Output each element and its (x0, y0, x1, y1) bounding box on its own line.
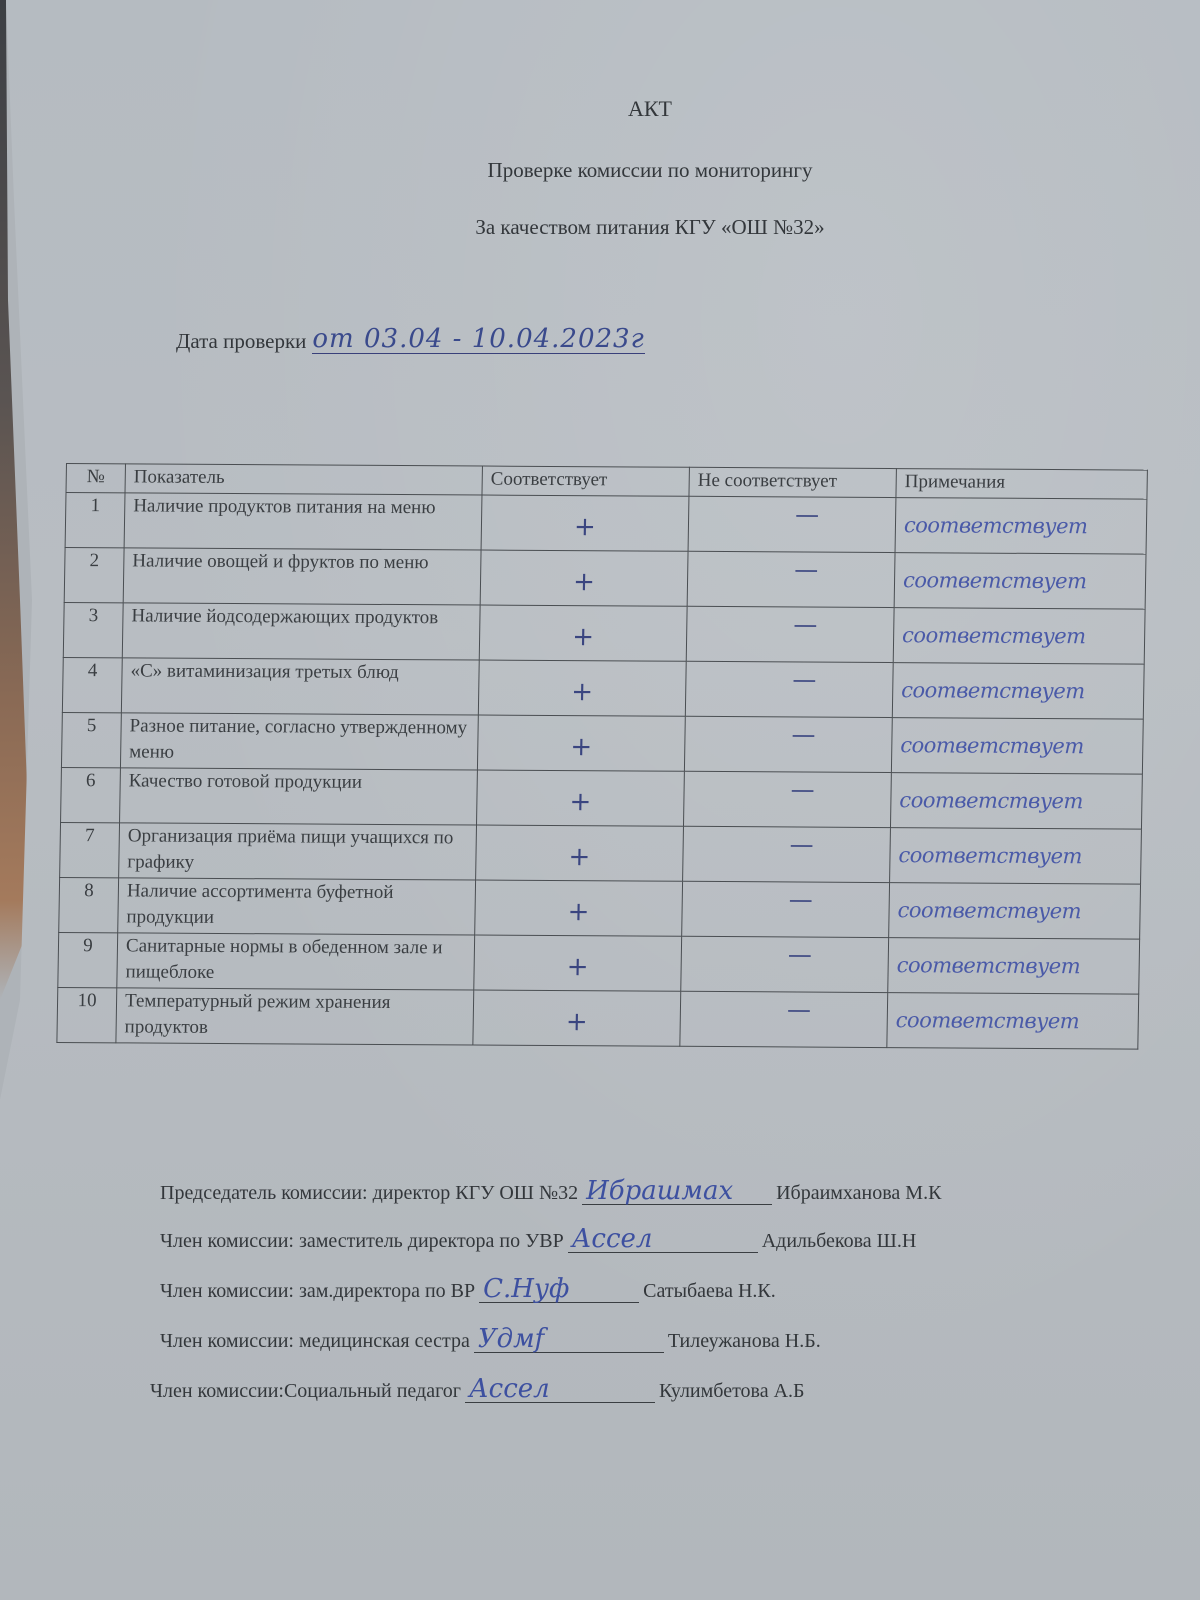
handwritten-signature: Ассел (469, 1374, 550, 1404)
date-label: Дата проверки (176, 329, 306, 354)
row-complies-cell: + (476, 825, 684, 881)
document-title: АКТ (0, 96, 1200, 122)
signature-row: Член комиссии: зам.директора по ВРС.НуфС… (160, 1276, 776, 1303)
row-complies-cell: + (479, 605, 687, 661)
signatory-name: Ибраимханова М.К (776, 1182, 941, 1205)
document-subtitle-2: За качеством питания КГУ «ОШ №32» (0, 215, 1200, 240)
row-number: 4 (62, 657, 122, 712)
row-note-cell: соответствует (895, 498, 1147, 555)
header-notes: Примечания (896, 469, 1147, 500)
row-number: 3 (63, 603, 123, 658)
signature-row: Член комиссии:Социальный педагогАсселКул… (150, 1376, 805, 1403)
row-number: 2 (64, 548, 124, 603)
plus-mark: + (485, 789, 675, 816)
row-indicator: Наличие продуктов питания на меню (124, 493, 482, 550)
signatory-role: Член комиссии: заместитель директора по … (160, 1230, 564, 1253)
row-number: 7 (60, 822, 120, 877)
header-complies: Соответствует (482, 466, 689, 496)
row-complies-cell: + (473, 990, 681, 1046)
table-row: 2 Наличие овощей и фруктов по меню + — с… (64, 548, 1146, 610)
row-complies-cell: + (478, 660, 686, 716)
row-note-cell: соответствует (894, 553, 1146, 610)
handwritten-note: соответствует (896, 952, 1130, 979)
handwritten-signature: Ассел (572, 1224, 653, 1254)
header-not-complies: Не соответствует (689, 467, 896, 497)
table-row: 6 Качество готовой продукции + — соответ… (61, 767, 1143, 829)
handwritten-note: соответствует (903, 567, 1137, 594)
row-number: 5 (61, 712, 121, 767)
row-not-complies-cell: — (686, 606, 894, 662)
row-not-complies-cell: — (688, 496, 896, 552)
row-indicator: Качество готовой продукции (120, 768, 478, 825)
signature-line: С.Нуф (479, 1276, 639, 1303)
document-subtitle-1: Проверке комиссии по мониторингу (0, 158, 1200, 183)
date-value: от 03.04 - 10.04.2023г (312, 325, 644, 354)
row-note-cell: соответствует (890, 773, 1142, 830)
header-no: № (66, 464, 125, 493)
row-note-cell: соответствует (893, 608, 1145, 665)
signatory-name: Адильбекова Ш.Н (762, 1230, 917, 1253)
signature-row: Председатель комиссии: директор КГУ ОШ №… (160, 1178, 941, 1205)
row-not-complies-cell: — (687, 551, 895, 607)
plus-mark: + (483, 899, 673, 926)
table-row: 1 Наличие продуктов питания на меню + — … (65, 493, 1147, 555)
table-row: 4 «С» витаминизация третых блюд + — соот… (62, 657, 1144, 719)
row-indicator: Наличие ассортимента буфетной продукции (118, 878, 476, 935)
table-row: 8 Наличие ассортимента буфетной продукци… (59, 877, 1141, 939)
plus-mark: + (486, 734, 676, 761)
table-row: 9 Санитарные нормы в обеденном зале и пи… (58, 932, 1140, 994)
dash-mark: — (719, 996, 879, 1023)
dash-mark: — (724, 666, 884, 693)
row-indicator: Организация приёма пищи учащихся по граф… (119, 823, 477, 880)
dash-mark: — (721, 831, 881, 858)
plus-mark: + (487, 679, 677, 706)
signatory-role: Член комиссии: медицинская сестра (160, 1330, 470, 1353)
row-note-cell: соответствует (887, 993, 1139, 1050)
row-not-complies-cell: — (683, 826, 891, 882)
plus-mark: + (490, 514, 680, 541)
row-indicator: Наличие йодсодержающих продуктов (122, 603, 480, 660)
signatory-role: Член комиссии:Социальный педагог (150, 1380, 461, 1403)
handwritten-signature: С.Нуф (483, 1274, 569, 1304)
row-note-cell: соответствует (889, 883, 1141, 940)
row-complies-cell: + (475, 880, 683, 936)
row-not-complies-cell: — (682, 881, 890, 937)
header-indicator: Показатель (125, 464, 482, 495)
handwritten-note: соответствует (898, 842, 1132, 869)
row-not-complies-cell: — (684, 716, 892, 772)
row-complies-cell: + (480, 550, 688, 606)
handwritten-note: соответствует (899, 787, 1133, 814)
plus-mark: + (482, 954, 672, 981)
plus-mark: + (484, 844, 674, 871)
handwritten-note: соответствует (897, 897, 1131, 924)
dash-mark: — (721, 886, 881, 913)
row-not-complies-cell: — (681, 936, 889, 992)
row-complies-cell: + (477, 715, 685, 771)
handwritten-note: соответствует (896, 1007, 1130, 1034)
row-note-cell: соответствует (890, 828, 1142, 885)
handwritten-note: соответствует (902, 622, 1136, 649)
row-indicator: Температурный режим хранения продуктов (116, 988, 474, 1045)
row-complies-cell: + (474, 935, 682, 991)
row-indicator: Санитарные нормы в обеденном зале и пище… (117, 933, 475, 990)
row-complies-cell: + (481, 495, 689, 551)
table-row: 3 Наличие йодсодержающих продуктов + — с… (63, 603, 1145, 665)
plus-mark: + (489, 569, 679, 596)
signature-row: Член комиссии: медицинская сестраУдмfТил… (160, 1326, 821, 1353)
table-row: 5 Разное питание, согласно утвержденному… (61, 712, 1143, 774)
signature-row: Член комиссии: заместитель директора по … (160, 1226, 916, 1253)
row-not-complies-cell: — (683, 771, 891, 827)
signatory-name: Тилеужанова Н.Б. (668, 1330, 821, 1353)
handwritten-note: соответствует (901, 677, 1135, 704)
dash-mark: — (725, 611, 885, 638)
row-number: 6 (61, 767, 121, 822)
signature-line: Ассел (568, 1226, 758, 1253)
row-note-cell: соответствует (888, 938, 1140, 995)
dash-mark: — (727, 501, 887, 528)
handwritten-note: соответствует (900, 732, 1134, 759)
signature-line: Удмf (474, 1326, 664, 1353)
handwritten-note: соответствует (904, 512, 1138, 539)
row-number: 9 (58, 932, 118, 987)
dash-mark: — (723, 721, 883, 748)
row-number: 1 (65, 493, 125, 548)
row-note-cell: соответствует (891, 718, 1143, 775)
row-indicator: Наличие овощей и фруктов по меню (123, 548, 481, 605)
row-number: 10 (57, 987, 117, 1042)
row-complies-cell: + (477, 770, 685, 826)
plus-mark: + (482, 1009, 672, 1036)
signature-line: Ибрашмах (582, 1178, 772, 1205)
plus-mark: + (488, 624, 678, 651)
handwritten-signature: Ибрашмах (586, 1176, 733, 1206)
row-indicator: «С» витаминизация третых блюд (121, 658, 479, 715)
table-row: 7 Организация приёма пищи учащихся по гр… (60, 822, 1142, 884)
paper-sheet: АКТ Проверке комиссии по мониторингу За … (0, 0, 1200, 1600)
signatory-name: Сатыбаева Н.К. (643, 1280, 776, 1303)
inspection-date-row: Дата проверки от 03.04 - 10.04.2023г (176, 325, 645, 354)
signatory-role: Председатель комиссии: директор КГУ ОШ №… (160, 1182, 578, 1205)
row-not-complies-cell: — (680, 991, 888, 1047)
table-row: 10 Температурный режим хранения продукто… (57, 987, 1139, 1049)
dash-mark: — (722, 776, 882, 803)
signature-line: Ассел (465, 1376, 655, 1403)
signatory-name: Кулимбетова А.Б (659, 1380, 805, 1403)
row-indicator: Разное питание, согласно утвержденному м… (120, 713, 478, 770)
row-not-complies-cell: — (685, 661, 893, 717)
row-number: 8 (59, 877, 119, 932)
row-note-cell: соответствует (892, 663, 1144, 720)
signatory-role: Член комиссии: зам.директора по ВР (160, 1280, 475, 1303)
handwritten-signature: Удмf (478, 1324, 544, 1354)
dash-mark: — (726, 556, 886, 583)
dash-mark: — (720, 941, 880, 968)
inspection-table: № Показатель Соответствует Не соответств… (56, 463, 1148, 1050)
